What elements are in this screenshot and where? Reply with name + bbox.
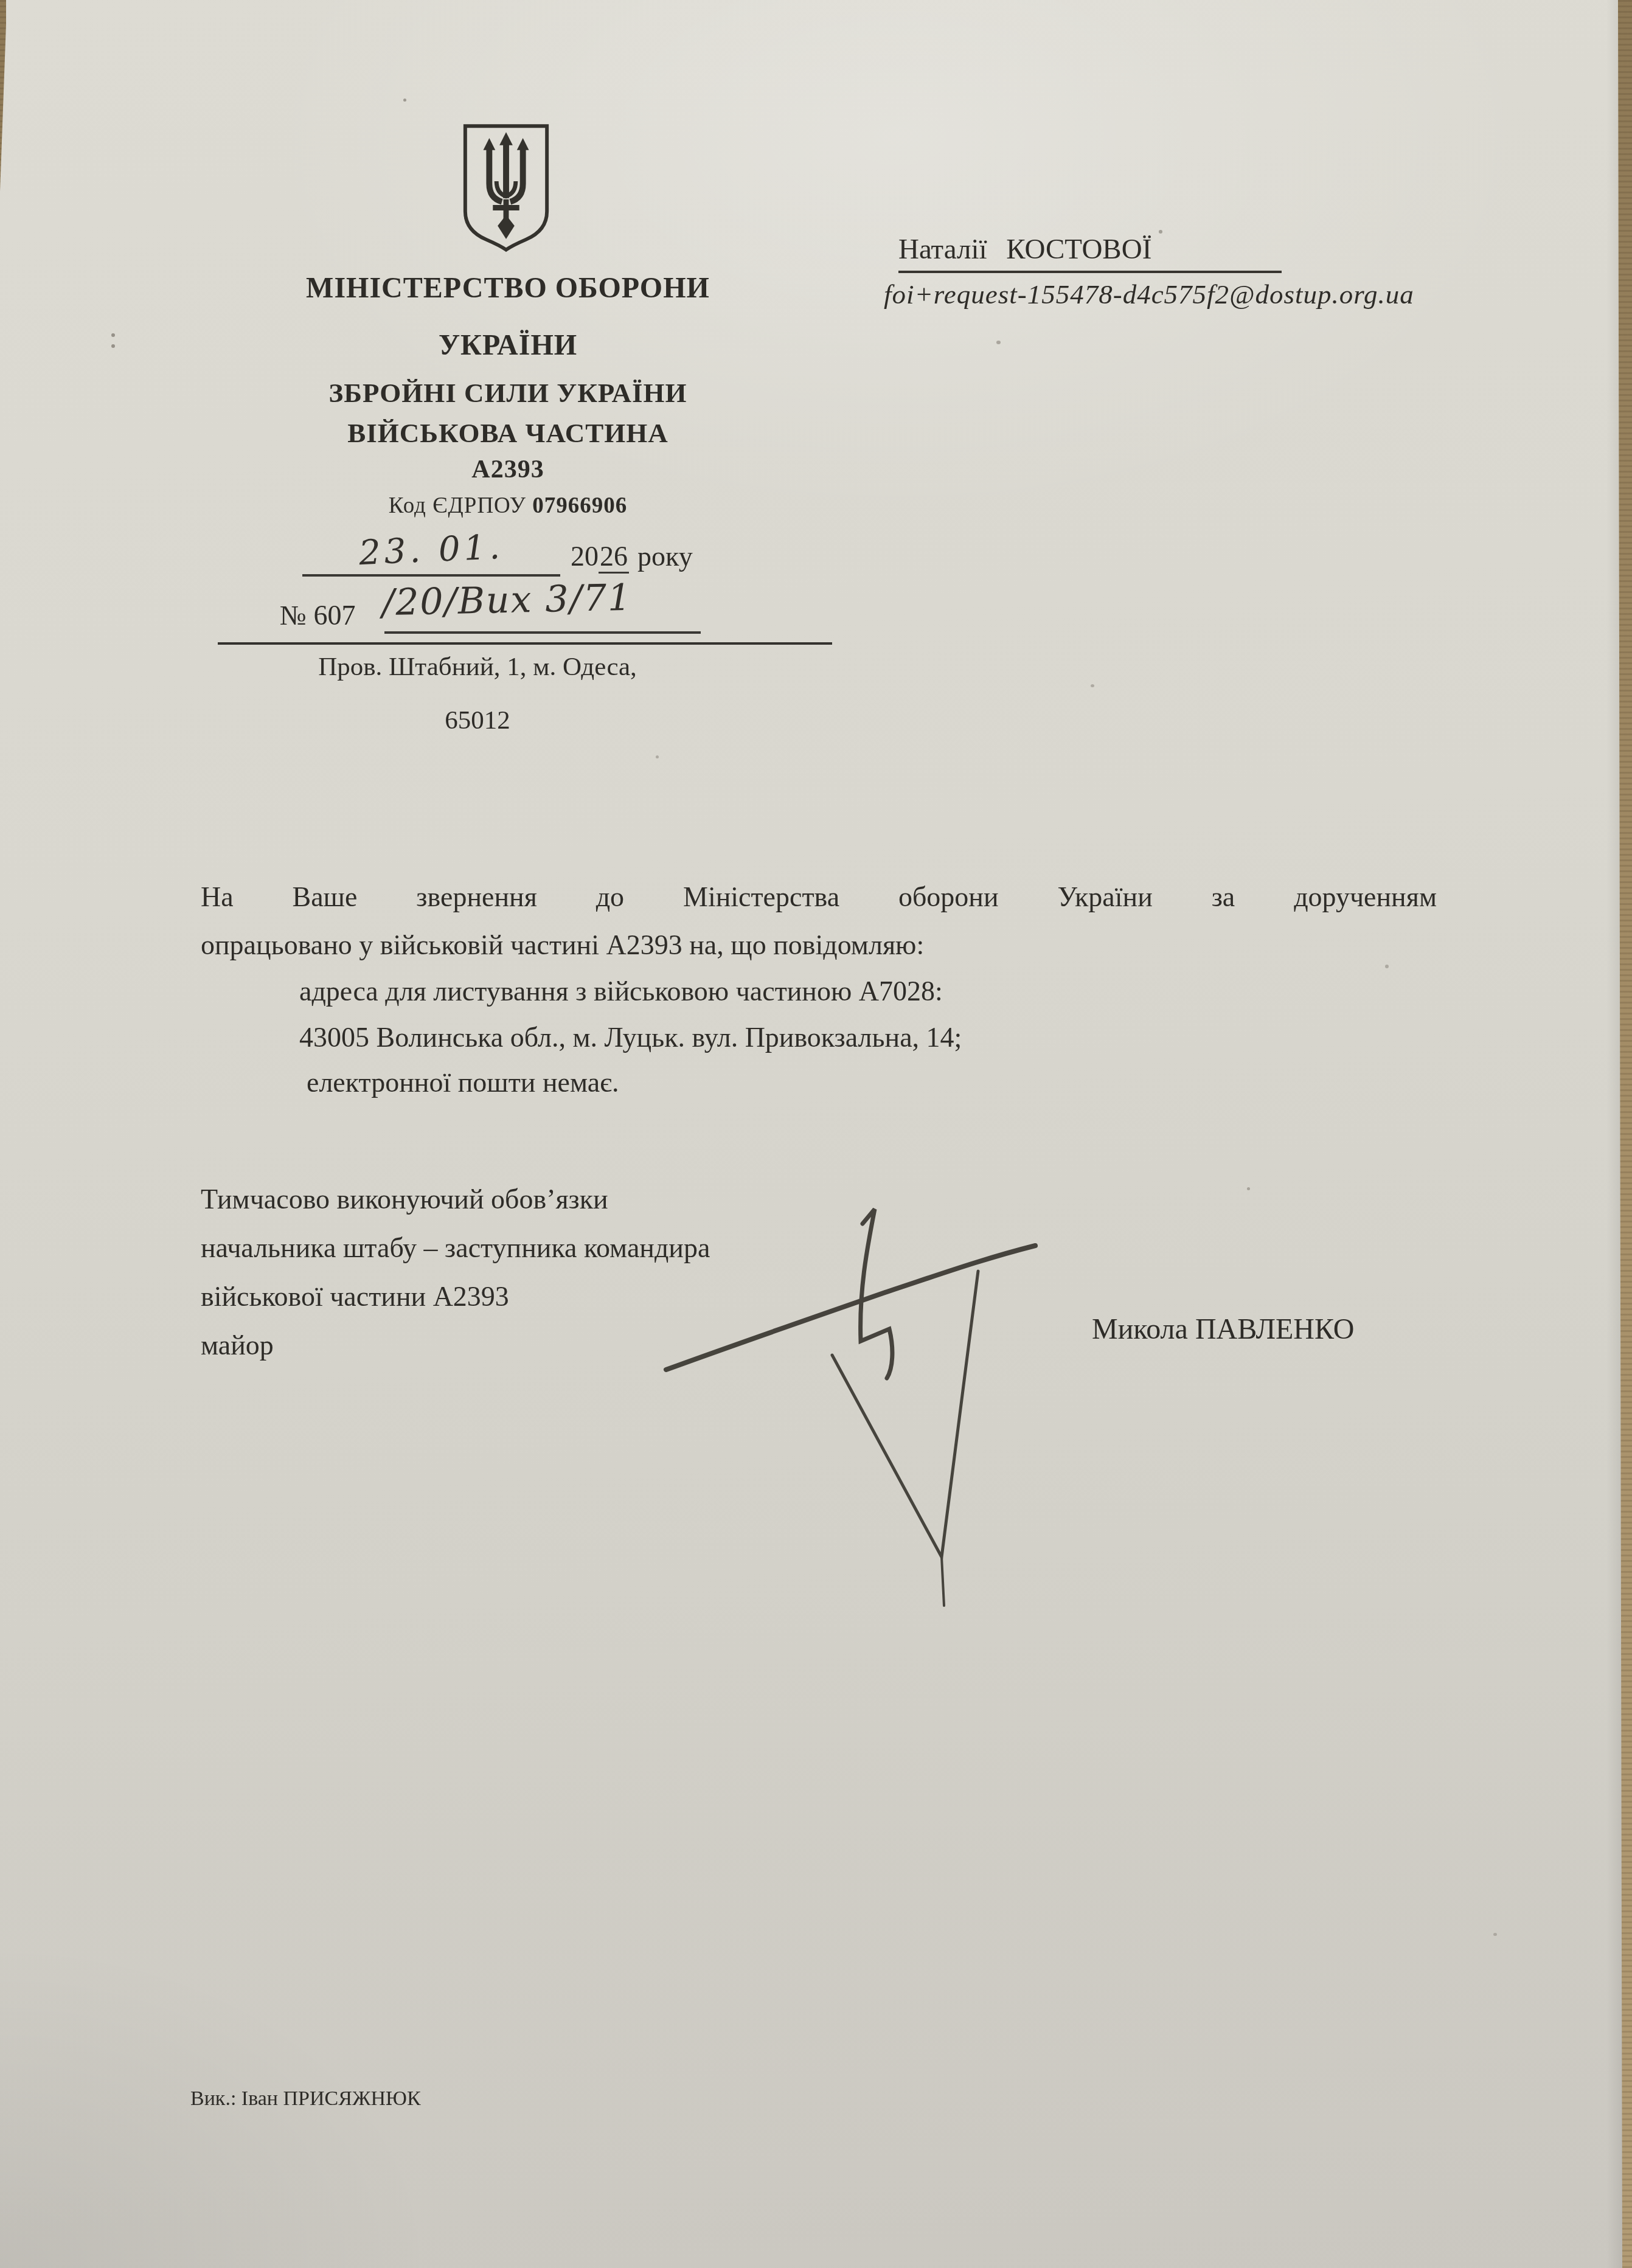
signer-title-line3: військової частини А2393 — [201, 1280, 509, 1313]
scan-speck — [1159, 230, 1162, 234]
body-line-1: На Ваше звернення до Міністерства оборон… — [201, 881, 1437, 913]
year-word: року — [637, 541, 693, 572]
scan-speck — [656, 755, 659, 758]
printed-year: 2026року — [571, 540, 693, 572]
scan-speck — [1493, 1933, 1497, 1936]
executor-line: Вик.: Іван ПРИСЯЖНЮК — [190, 2087, 421, 2110]
date-underline — [302, 574, 560, 577]
military-unit-label: ВІЙСЬКОВА ЧАСТИНА — [195, 417, 821, 449]
ministry-name-line1: МІНІСТЕРСТВО ОБОРОНИ — [195, 271, 821, 305]
scan-speck — [111, 344, 115, 348]
signer-rank: майор — [201, 1329, 274, 1361]
year-suffix: 26 — [599, 541, 629, 574]
scan-speck — [403, 99, 406, 102]
ukraine-trident-emblem — [458, 120, 554, 253]
recipient-email: foi+request-155478-d4c575f2@dostup.org.u… — [884, 279, 1414, 310]
edrpou-code-line: Код ЄДРПОУ 07966906 — [195, 493, 821, 519]
reference-underline — [384, 631, 701, 634]
signer-title-line1: Тимчасово виконуючий обов’язки — [201, 1183, 608, 1215]
scan-speck — [111, 333, 115, 337]
scan-speck — [1247, 1187, 1250, 1190]
edrpou-number: 07966906 — [532, 493, 627, 518]
recipient-name: Наталії КОСТОВОЇ — [898, 233, 1282, 273]
handwritten-date: 23. 01. — [358, 527, 505, 573]
body-line-5: електронної пошти немає. — [307, 1066, 619, 1098]
sender-address-postcode: 65012 — [262, 706, 693, 735]
edrpou-label: Код ЄДРПОУ — [389, 493, 526, 518]
letterhead-rule — [218, 642, 832, 645]
armed-forces-line: ЗБРОЙНІ СИЛИ УКРАЇНИ — [195, 377, 821, 409]
scanned-letter-photo: { "letterhead": { "ministry_line1": "МІН… — [0, 0, 1632, 2268]
letter-paper: МІНІСТЕРСТВО ОБОРОНИ УКРАЇНИ ЗБРОЙНІ СИЛ… — [0, 0, 1632, 2268]
military-unit-number: А2393 — [195, 455, 821, 484]
handwritten-signature — [633, 1192, 1071, 1679]
handwritten-reference-number: /20/Вих 3/71 — [381, 577, 633, 625]
body-line-2: опрацьовано у військовій частині А2393 н… — [201, 929, 924, 961]
ministry-name-line2: УКРАЇНИ — [195, 328, 821, 362]
sender-address-line1: Пров. Штабний, 1, м. Одеса, — [262, 652, 693, 682]
scan-speck — [1091, 684, 1094, 687]
signer-name: Микола ПАВЛЕНКО — [1092, 1313, 1354, 1346]
scan-speck — [1385, 965, 1389, 968]
scan-speck — [996, 341, 1001, 344]
body-line-4: 43005 Волинська обл., м. Луцьк. вул. При… — [299, 1021, 962, 1053]
reference-number-prefix: № 607 — [280, 599, 355, 631]
year-prefix: 20 — [571, 541, 599, 572]
body-line-3: адреса для листування з військовою части… — [299, 975, 943, 1007]
